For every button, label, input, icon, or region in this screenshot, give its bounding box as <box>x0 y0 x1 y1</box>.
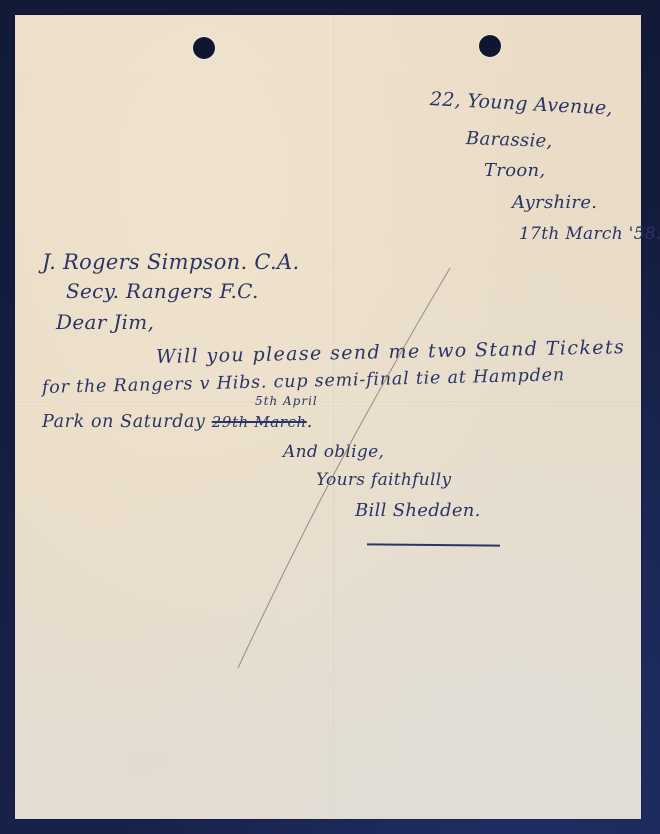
closing-yours-faithfully: Yours faithfully <box>316 470 451 490</box>
struck-date: 29th March <box>212 413 307 431</box>
address-line-4: Ayrshire. <box>512 192 597 213</box>
salutation: Dear Jim, <box>56 310 154 334</box>
correction-insertion: 5th April <box>255 394 318 408</box>
closing-and-oblige: And oblige, <box>283 442 384 462</box>
signature: Bill Shedden. <box>355 500 481 521</box>
punch-hole-right <box>479 35 501 57</box>
letter-date: 17th March '58. <box>519 224 660 244</box>
recipient-name: J. Rogers Simpson. C.A. <box>42 250 299 274</box>
horizontal-fold-crease <box>15 400 641 402</box>
recipient-title: Secy. Rangers F.C. <box>66 279 259 303</box>
address-line-3: Troon, <box>484 160 545 181</box>
body-line-3-suffix: . <box>307 412 313 432</box>
body-line-3-prefix: Park on Saturday <box>42 412 206 432</box>
punch-hole-left <box>193 37 215 59</box>
body-line-3: Park on Saturday 29th March. <box>42 412 313 432</box>
address-line-2: Barassie, <box>466 128 553 152</box>
vertical-fold-crease <box>332 15 334 819</box>
